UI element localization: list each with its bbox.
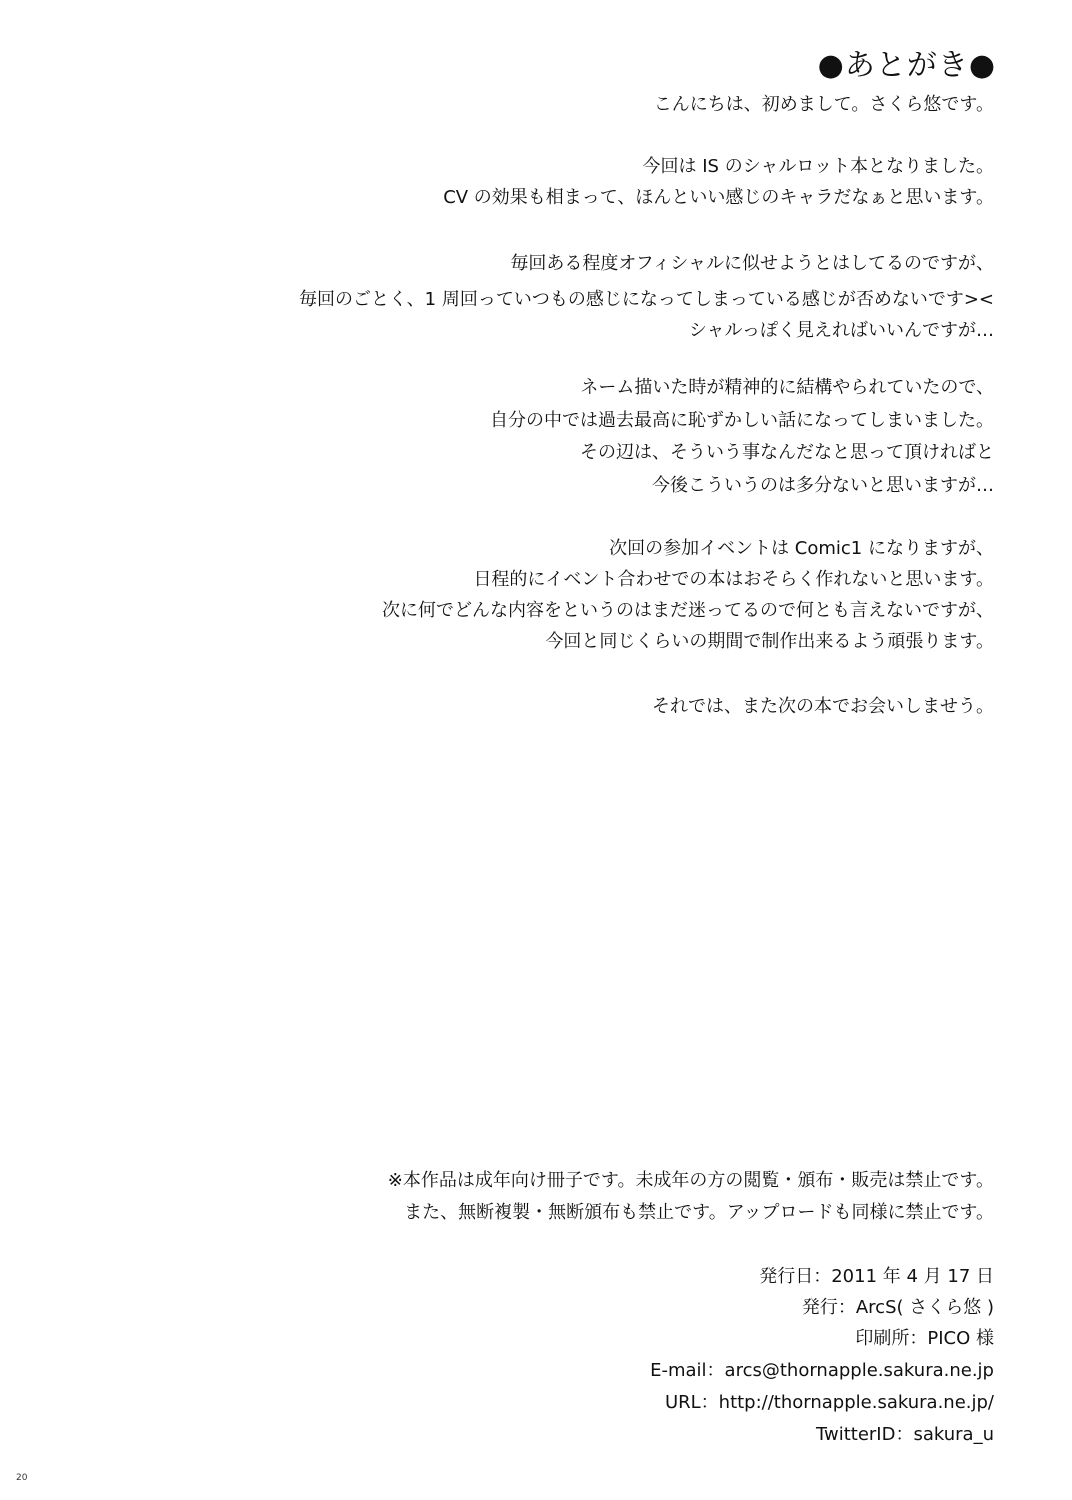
afterword-line: 今回は IS のシャルロット本となりました。 (643, 155, 994, 179)
afterword-line: こんにちは、初めまして。さくら悠です。 (654, 93, 994, 117)
afterword-line: 今回と同じくらいの期間で制作出来るよう頑張ります。 (545, 630, 994, 654)
afterword-line: それでは、また次の本でお会いしませう。 (652, 695, 994, 719)
afterword-line: 毎回ある程度オフィシャルに似せようとはしてるのですが、 (510, 252, 994, 276)
afterword-line: 毎回のごとく、1 周回っていつもの感じになってしまっている感じが否めないです>< (299, 288, 994, 312)
afterword-line: シャルっぽく見えればいいんですが… (689, 319, 994, 343)
afterword-line: 自分の中では過去最高に恥ずかしい話になってしまいました。 (490, 409, 994, 433)
document-page: ●あとがき● こんにちは、初めまして。さくら悠です。 今回は IS のシャルロッ… (0, 0, 1072, 1500)
afterword-line: 今後こういうのは多分ないと思いますが… (652, 474, 994, 498)
reproduction-notice: また、無断複製・無断頒布も禁止です。アップロードも同様に禁止です。 (404, 1201, 994, 1225)
afterword-line: 日程的にイベント合わせでの本はおそらく作れないと思います。 (473, 568, 994, 592)
afterword-line: 次回の参加イベントは Comic1 になりますが、 (609, 537, 994, 561)
email: E-mail：arcs@thornapple.sakura.ne.jp (650, 1359, 994, 1383)
printer: 印刷所：PICO 様 (855, 1327, 994, 1351)
afterword-title: ●あとがき● (818, 46, 996, 86)
afterword-line: 次に何でどんな内容をというのはまだ迷ってるので何とも言えないですが、 (382, 599, 994, 623)
adult-content-notice: ※本作品は成年向け冊子です。未成年の方の閲覧・頒布・販売は禁止です。 (388, 1169, 994, 1193)
afterword-line: CV の効果も相まって、ほんといい感じのキャラだなぁと思います。 (443, 186, 994, 210)
issue-date: 発行日：2011 年 4 月 17 日 (759, 1265, 994, 1289)
publisher: 発行：ArcS( さくら悠 ) (802, 1296, 994, 1320)
page-number: 20 (16, 1472, 27, 1484)
twitter-id: TwitterID：sakura_u (816, 1423, 994, 1447)
afterword-line: その辺は、そういう事なんだなと思って頂ければと (580, 441, 994, 465)
afterword-line: ネーム描いた時が精神的に結構やられていたので、 (580, 376, 994, 400)
website-url: URL：http://thornapple.sakura.ne.jp/ (665, 1391, 994, 1415)
